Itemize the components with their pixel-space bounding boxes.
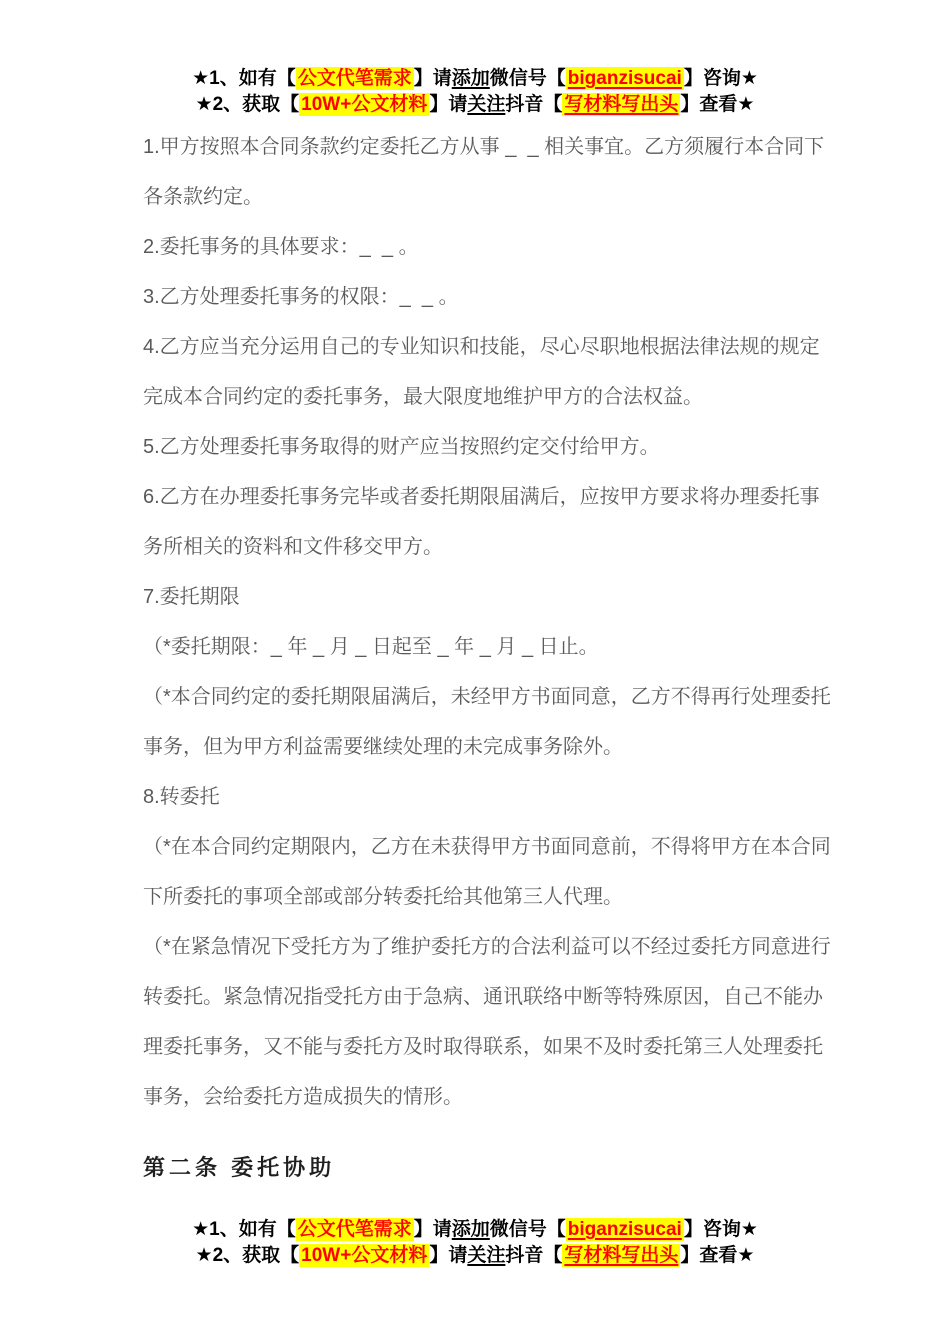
contract-line-p1: 1.甲方按照本合同条款约定委托乙方从事 _ _ 相关事宜。乙方须履行本合同下 [143, 122, 843, 172]
promo-banner-top: ★1、如有【公文代笔需求】请添加微信号【biganzisucai】咨询★★2、获… [0, 0, 950, 118]
promo-text: 】请 [429, 94, 467, 115]
wechat-id: biganzisucai [566, 67, 684, 90]
promo-text: 抖音【 [505, 94, 562, 115]
follow-action: 关注 [467, 1245, 505, 1266]
promo-line-1: ★1、如有【公文代笔需求】请添加微信号【biganzisucai】咨询★ [0, 66, 950, 92]
service-tag: 公文代笔需求 [296, 67, 414, 90]
promo-text: 】请 [429, 1245, 467, 1266]
contract-line-p6: 6.乙方在办理委托事务完毕或者委托期限届满后，应按甲方要求将办理委托事 [143, 472, 843, 522]
contract-line-p12: 事务，会给委托方造成损失的情形。 [143, 1072, 843, 1122]
promo-prefix: ★1、如有【 [192, 68, 296, 89]
promo-prefix: ★2、获取【 [196, 1245, 300, 1266]
promo-suffix: 】咨询★ [684, 1219, 758, 1240]
promo-line-2: ★2、获取【10W+公文材料】请关注抖音【写材料写出头】查看★ [0, 92, 950, 118]
add-action: 添加 [452, 1219, 490, 1240]
contract-line-p12: （*在紧急情况下受托方为了维护委托方的合法利益可以不经过委托方同意进行 [143, 922, 843, 972]
contract-line-p12: 转委托。紧急情况指受托方由于急病、通讯联络中断等特殊原因，自己不能办 [143, 972, 843, 1022]
material-tag: 10W+公文材料 [299, 1244, 429, 1267]
service-tag: 公文代笔需求 [296, 1218, 414, 1241]
contract-line-p10: 8.转委托 [143, 772, 843, 822]
contract-line-p6: 务所相关的资料和文件移交甲方。 [143, 522, 843, 572]
contract-line-p2: 2.委托事务的具体要求：_ _ 。 [143, 222, 843, 272]
douyin-account: 写材料写出头 [562, 93, 680, 116]
contract-line-p12: 理委托事务，又不能与委托方及时取得联系，如果不及时委托第三人处理委托 [143, 1022, 843, 1072]
promo-text: 微信号【 [490, 1219, 566, 1240]
material-tag: 10W+公文材料 [299, 93, 429, 116]
contract-line-p11: 下所委托的事项全部或部分转委托给其他第三人代理。 [143, 872, 843, 922]
document-page: ★1、如有【公文代笔需求】请添加微信号【biganzisucai】咨询★★2、获… [0, 0, 950, 1344]
douyin-account: 写材料写出头 [562, 1244, 680, 1267]
follow-action: 关注 [467, 94, 505, 115]
promo-text: 】请 [414, 68, 452, 89]
section-heading: 第二条 委托协助 [143, 1152, 950, 1184]
promo-line-1: ★1、如有【公文代笔需求】请添加微信号【biganzisucai】咨询★ [0, 1217, 950, 1243]
contract-line-p5: 5.乙方处理委托事务取得的财产应当按照约定交付给甲方。 [143, 422, 843, 472]
contract-line-p7: 7.委托期限 [143, 572, 843, 622]
promo-line-2: ★2、获取【10W+公文材料】请关注抖音【写材料写出头】查看★ [0, 1243, 950, 1269]
add-action: 添加 [452, 68, 490, 89]
promo-text: 】请 [414, 1219, 452, 1240]
contract-line-p9: 事务，但为甲方利益需要继续处理的未完成事务除外。 [143, 722, 843, 772]
promo-suffix: 】查看★ [680, 94, 754, 115]
promo-banner-bottom: ★1、如有【公文代笔需求】请添加微信号【biganzisucai】咨询★★2、获… [0, 1217, 950, 1269]
promo-text: 抖音【 [505, 1245, 562, 1266]
wechat-id: biganzisucai [566, 1218, 684, 1241]
contract-line-p4: 4.乙方应当充分运用自己的专业知识和技能，尽心尽职地根据法律法规的规定 [143, 322, 843, 372]
contract-line-p9: （*本合同约定的委托期限届满后，未经甲方书面同意，乙方不得再行处理委托 [143, 672, 843, 722]
promo-prefix: ★1、如有【 [192, 1219, 296, 1240]
contract-line-p11: （*在本合同约定期限内，乙方在未获得甲方书面同意前，不得将甲方在本合同 [143, 822, 843, 872]
promo-suffix: 】咨询★ [684, 68, 758, 89]
contract-body: 1.甲方按照本合同条款约定委托乙方从事 _ _ 相关事宜。乙方须履行本合同下各条… [143, 122, 843, 1122]
promo-prefix: ★2、获取【 [196, 94, 300, 115]
promo-suffix: 】查看★ [680, 1245, 754, 1266]
contract-line-p1: 各条款约定。 [143, 172, 843, 222]
contract-line-p3: 3.乙方处理委托事务的权限：_ _ 。 [143, 272, 843, 322]
contract-line-p4: 完成本合同约定的委托事务，最大限度地维护甲方的合法权益。 [143, 372, 843, 422]
promo-text: 微信号【 [490, 68, 566, 89]
contract-line-p8: （*委托期限：_ 年 _ 月 _ 日起至 _ 年 _ 月 _ 日止。 [143, 622, 843, 672]
